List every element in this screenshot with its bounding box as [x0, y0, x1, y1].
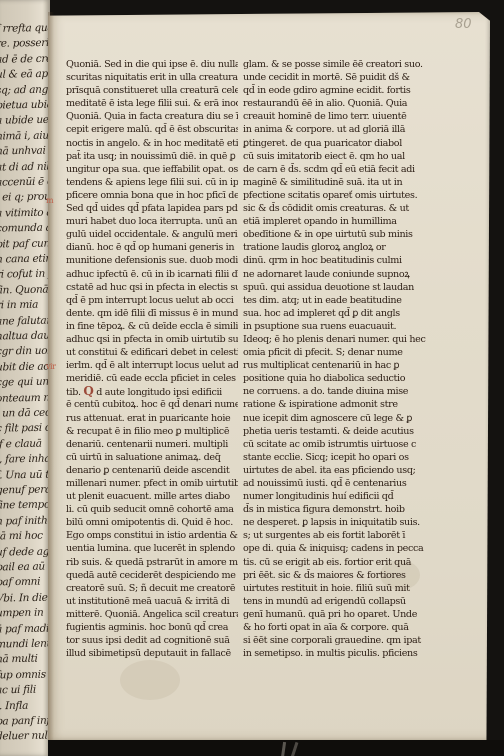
facing-page-line: sq; ad angelii: [0, 83, 50, 96]
facing-page-line: at di ad nibn: [0, 160, 50, 173]
facing-page-line: comunda ab q: [0, 222, 50, 235]
manuscript-line: creauit hominē de limo terr. uiuentē: [243, 110, 443, 123]
manuscript-line: spuū. qui assidua deuotione st laudan: [243, 281, 443, 294]
folio-number: 80: [455, 17, 472, 32]
manuscript-line: maginē & similitudinē suā. ita ut in: [243, 176, 443, 189]
manuscript-line: tis. cū se erigit ab eis. fortior erit q…: [243, 556, 443, 569]
facing-page-line: fup omnis: [0, 668, 46, 681]
manuscript-line: pfectione scitatis opareť omis uirtutes.: [243, 189, 443, 202]
facing-page-line: genuf pera: [0, 484, 50, 497]
manuscript-line: ut constitui & edificari debet in celest…: [66, 346, 238, 359]
manuscript-line: numer longitudinis huí edificii qd̄: [243, 490, 443, 503]
manuscript-line: ope di. quia & iniquisq; cadens in pecca: [243, 542, 443, 555]
facing-page-line: i, fare inham: [0, 453, 50, 466]
facing-page-line: n paf inithol: [0, 514, 50, 527]
facing-page-line: c filt pasi conn: [0, 422, 50, 435]
facing-page-line: cgr din uolum: [0, 345, 50, 358]
manuscript-line: dianū. hoc ē qd̄ op humani generis in: [66, 241, 238, 254]
facing-page-line: re. posserit sit ifa: [0, 37, 50, 51]
manuscript-line: positione quia ho diabolica seductio: [243, 372, 443, 385]
manuscript-line: ne desperet. ꝑ lapsis in iniquitatib sui…: [243, 516, 443, 529]
facing-page-line: a vitimito ad: [0, 206, 50, 219]
manuscript-line: de carn ē d̄s. scdm qd̄ eū etiā fecit ad…: [243, 163, 443, 176]
manuscript-line: tib. Q d aute longitudo ipsi edificii: [66, 385, 238, 398]
manuscript-line: qd̄ ē pm interrupt locus uelut ab occi: [66, 294, 238, 307]
manuscript-line: scuritas niquitatis erit in ulla creatur…: [66, 71, 238, 84]
facing-page-line: paf omni: [0, 576, 40, 589]
manuscript-line: phetia ueris testamti. & deide acutius: [243, 425, 443, 438]
facing-page-left: f rrefta qua ficut abre. posserit sit if…: [0, 0, 50, 756]
manuscript-line: adhuc qsi in pfecta in omib uirtutib sui…: [66, 333, 238, 346]
manuscript-line: Ego omps constitui in istio ardentia & i…: [66, 529, 238, 542]
facing-page-line: pail ea aū: [0, 561, 45, 574]
manuscript-line: dinū. qrm in hoc beatitudinis culmi: [243, 254, 443, 267]
manuscript-line: creatorē suū. S; ñ decuit me creatorē: [66, 582, 238, 595]
manuscript-line: pat̄ ita usq; in nouissimū diē. in quē ꝑ: [66, 150, 238, 163]
manuscript-line: cepit erigere malū. qd̄ ē ēst obscuritas: [66, 123, 238, 136]
manuscript-line: noctis in angelo. & in hoc meditatē etia…: [66, 137, 238, 150]
facing-page-line: i. Infla: [0, 699, 28, 712]
manuscript-line: cū suis imitatorib eiect ē. qm ho ual: [243, 150, 443, 163]
manuscript-line: fugientis agminis. hoc bonū qd̄ crea: [66, 621, 238, 634]
manuscript-line: li. cū quib seducit omnē cohortē ama: [66, 503, 238, 516]
manuscript-line: tendens & apiens lege filii sui. cū in i…: [66, 176, 238, 189]
manuscript-line: cstatē ad huc qsi in pfecta in electis s…: [66, 281, 238, 294]
text-column-2: glam. & se posse simile ēē creatori suo.…: [243, 58, 443, 660]
facing-page-line: fin. Quonā: [0, 283, 48, 296]
facing-page-line: uf dede ager: [0, 545, 50, 558]
manuscript-line: s; ut surgentes ab eis fortit laborēt ī: [243, 529, 443, 542]
manuscript-line: ut plenit euacuent. mille artes diabo: [66, 490, 238, 503]
manuscript-line: ē centū cubitoꝝ. hoc ē qd̄ denari nume: [66, 398, 238, 411]
manuscript-line: nue icepit dim agnoscere cū lege & ꝑ: [243, 412, 443, 425]
manuscript-line: muri habet duo loca iterrupta. unū an: [66, 215, 238, 228]
facing-page-line: nimā i, aiuel: [0, 129, 50, 142]
manuscript-line: uentia lumina. que lucerēt in splendo: [66, 542, 238, 555]
manuscript-line: rus multiplicat centenariū in hac ꝑ: [243, 359, 443, 372]
manuscript-line: rib suis. & quedā pstrarūt in amore meo.: [66, 556, 238, 569]
facing-page-line: nā unhvai: [0, 145, 46, 158]
facing-page-line: cge qui ungui: [0, 376, 50, 389]
facing-page-line: onteaum nunda: [0, 391, 50, 404]
manuscript-line: denariū. centenarii numeri. multipli: [66, 438, 238, 451]
facing-page-line: pa panf inftu: [0, 714, 50, 727]
facing-page-line: Vbi. In dietim: [0, 591, 50, 604]
facing-page-line: fine tempo: [0, 499, 50, 512]
manuscript-line: pri ēēt. sic & d̄s maiores & fortiores: [243, 569, 443, 582]
facing-page-line: a ubide uel pmu: [0, 114, 50, 127]
manuscript-line: restaurandū ēē in alio. Quoniā. Quia: [243, 97, 443, 110]
manuscript-line: in semetipso. in multis piculis. pficien…: [243, 647, 443, 660]
facing-page-line: ul & eā apperiosa: [0, 67, 50, 81]
facing-page-line: pit paf cun: [0, 237, 50, 250]
manuscript-line: illud sibimetipsū deputauit in fallacē: [66, 647, 238, 660]
manuscript-line: tor suus ipsi dedit ad cognitionē suā: [66, 634, 238, 647]
manuscript-line: ꝑtingeret. de qua puaricator diabol: [243, 137, 443, 150]
facing-page-line: if e clauā: [0, 437, 42, 450]
manuscript-line: Quoniā. Sed in die qui ipse ē. diu nulla…: [66, 58, 238, 71]
facing-page-line: pietua ubiali: [0, 98, 50, 111]
manuscript-line: Sed qd̄ uides qd̄ pfata lapidea pars pdi…: [66, 202, 238, 215]
manuscript-line: sua. hoc ad impleret qd̄ ꝑ dit angls: [243, 307, 443, 320]
manuscript-line: in psuptione sua ruens euacuauit.: [243, 320, 443, 333]
text-column-1: Quoniā. Sed in die qui ipse ē. diu nulla…: [66, 58, 238, 660]
facing-page-line: nā multi: [0, 653, 38, 666]
manuscript-line: Ideoq; ē ho plenis denari numer. qui hec: [243, 333, 443, 346]
rubricated-initial: Q: [83, 385, 93, 398]
marginal-note: vir: [46, 362, 55, 371]
manuscript-line: prīsquā constitueret ulla creaturā celes…: [66, 84, 238, 97]
marginal-note: m: [46, 196, 53, 205]
manuscript-line: dente. qm idē filii dī missus ē in mundū: [66, 307, 238, 320]
manuscript-line: meridiē. cū eade eccla pficiet in celes: [66, 372, 238, 385]
facing-page-line: haltua daud: [0, 329, 50, 342]
manuscript-line: rus attenuat. erat in puaricante hoie: [66, 412, 238, 425]
manuscript-line: mitterē. Quoniā. Angelica scil creatura: [66, 608, 238, 621]
manuscript-line: ratione & ispiratione admonit stre: [243, 398, 443, 411]
facing-page-line: ā paf madi: [0, 622, 49, 635]
facing-page-line: i un dā ceolal: [0, 406, 50, 419]
gutter-shadow: [48, 12, 54, 740]
manuscript-line: in anima & corpore. ut ad gloriā illā: [243, 123, 443, 136]
facing-page-line: mundi lenu: [0, 638, 50, 651]
manuscript-line: stante ecclie. Sicq; icepit ho opari os: [243, 451, 443, 464]
manuscript-line: unde cecidit in mortē. Sē puidit dš &: [243, 71, 443, 84]
manuscript-line: quedā autē ceciderēt despiciendo me: [66, 569, 238, 582]
manuscript-line: munitione defensionis sue. duob modis: [66, 254, 238, 267]
facing-page-line: n cana etinc: [0, 252, 50, 265]
facing-page-line: ac ui fili: [0, 684, 36, 697]
facing-page-line: i ei q; prouit: [0, 191, 50, 204]
manuscript-line: uirtutes restituit in hoie. filiū suū mi…: [243, 582, 443, 595]
manuscript-line: millenari numer. pfect in omib uirtutib: [66, 477, 238, 490]
facing-page-line: ri in mia: [0, 299, 38, 312]
manuscript-line: ut institutionē meā uacuā & irritā di: [66, 595, 238, 608]
manuscript-line: etiā impleret opando in humillima: [243, 215, 443, 228]
manuscript-line: in fine tēpoꝝ. & cū deīde eccla ē simili…: [66, 320, 238, 333]
background-bottom: [48, 740, 504, 756]
manuscript-line: cū uirtū in saluatione animaꝝ. deq̄: [66, 451, 238, 464]
facing-page-line: accenūi ē cia: [0, 175, 50, 188]
manuscript-line: Quoniā. Quia in facta creatura diu se ī: [66, 110, 238, 123]
manuscript-line: tens in mundū ad erigendū collapsū: [243, 595, 443, 608]
manuscript-line: adhuc ipfectū ē. cū in ib icarnati filii…: [66, 268, 238, 281]
facing-page-line: f. Una uū tuf: [0, 468, 50, 481]
parchment-stain: [120, 660, 180, 700]
manuscript-line: ne corruens. a do. tande diuina mise: [243, 385, 443, 398]
manuscript-line: si ēēt sine corporali grauedine. qm ipat: [243, 634, 443, 647]
manuscript-line: tes dim. atq; ut in eade beatitudine: [243, 294, 443, 307]
manuscript-line: qd̄ in eode gdiro agmine ecidit. fortis: [243, 84, 443, 97]
manuscript-line: uirtutes de abel. ita eas pficiendo usq;: [243, 464, 443, 477]
manuscript-line: denario ꝑ centenariū deide ascendit: [66, 464, 238, 477]
facing-page-line: ri cofut in fili: [0, 268, 50, 281]
manuscript-line: cū scitate ac omib istrumtis uirtuose c: [243, 438, 443, 451]
manuscript-line: glam. & se posse simile ēē creatori suo.: [243, 58, 443, 71]
manuscript-line: ne adornaret laude coniunde supnoꝝ: [243, 268, 443, 281]
facing-page-line: umpen in: [0, 607, 43, 620]
facing-page-line: deluer nulli: [0, 730, 50, 743]
manuscript-line: pficere omnia bona que in hoc pficī debe…: [66, 189, 238, 202]
manuscript-line: & ho forti opat in aīa & corpore. quā: [243, 621, 443, 634]
facing-page-line: ad ē de creaturis: [0, 52, 50, 65]
manuscript-line: gulū uidel occidentale. & angulū meri: [66, 228, 238, 241]
facing-page-line: f rrefta qua ficut ab: [0, 21, 50, 35]
manuscript-line: ad nouissimū iusti. qd̄ ē centenarius: [243, 477, 443, 490]
facing-page-line: ubit die ac: [0, 360, 49, 373]
manuscript-line: genī humanū. quā pri ho oparet. Unde: [243, 608, 443, 621]
manuscript-line: & recupat ē in filio meo ꝑ multiplicē: [66, 425, 238, 438]
manuscript-line: omia pficit di pfecit. S; denar nume: [243, 346, 443, 359]
manuscript-line: sic & d̄s cōdidit omis creaturas. & ut: [243, 202, 443, 215]
manuscript-line: d̄s in mistica figura demonstrt. hoib: [243, 503, 443, 516]
facing-page-line: ane falutamu: [0, 314, 50, 327]
manuscript-line: ungitur opa sua. que ieffabilit opat. os: [66, 163, 238, 176]
facing-page-line: tā mi hoc: [0, 530, 43, 543]
manuscript-line: bilū omni omipotentis di. Quid ē hoc.: [66, 516, 238, 529]
manuscript-line: tratione laudis gloroꝝ angloꝝ or: [243, 241, 443, 254]
manuscript-line: ierlm. qd̄ ē alt interrupt locus uelut a…: [66, 359, 238, 372]
manuscript-line: meditatē ē ista lege filii sui. & erā in…: [66, 97, 238, 110]
manuscript-line: obedītione & in ope uirtutū sub minis: [243, 228, 443, 241]
